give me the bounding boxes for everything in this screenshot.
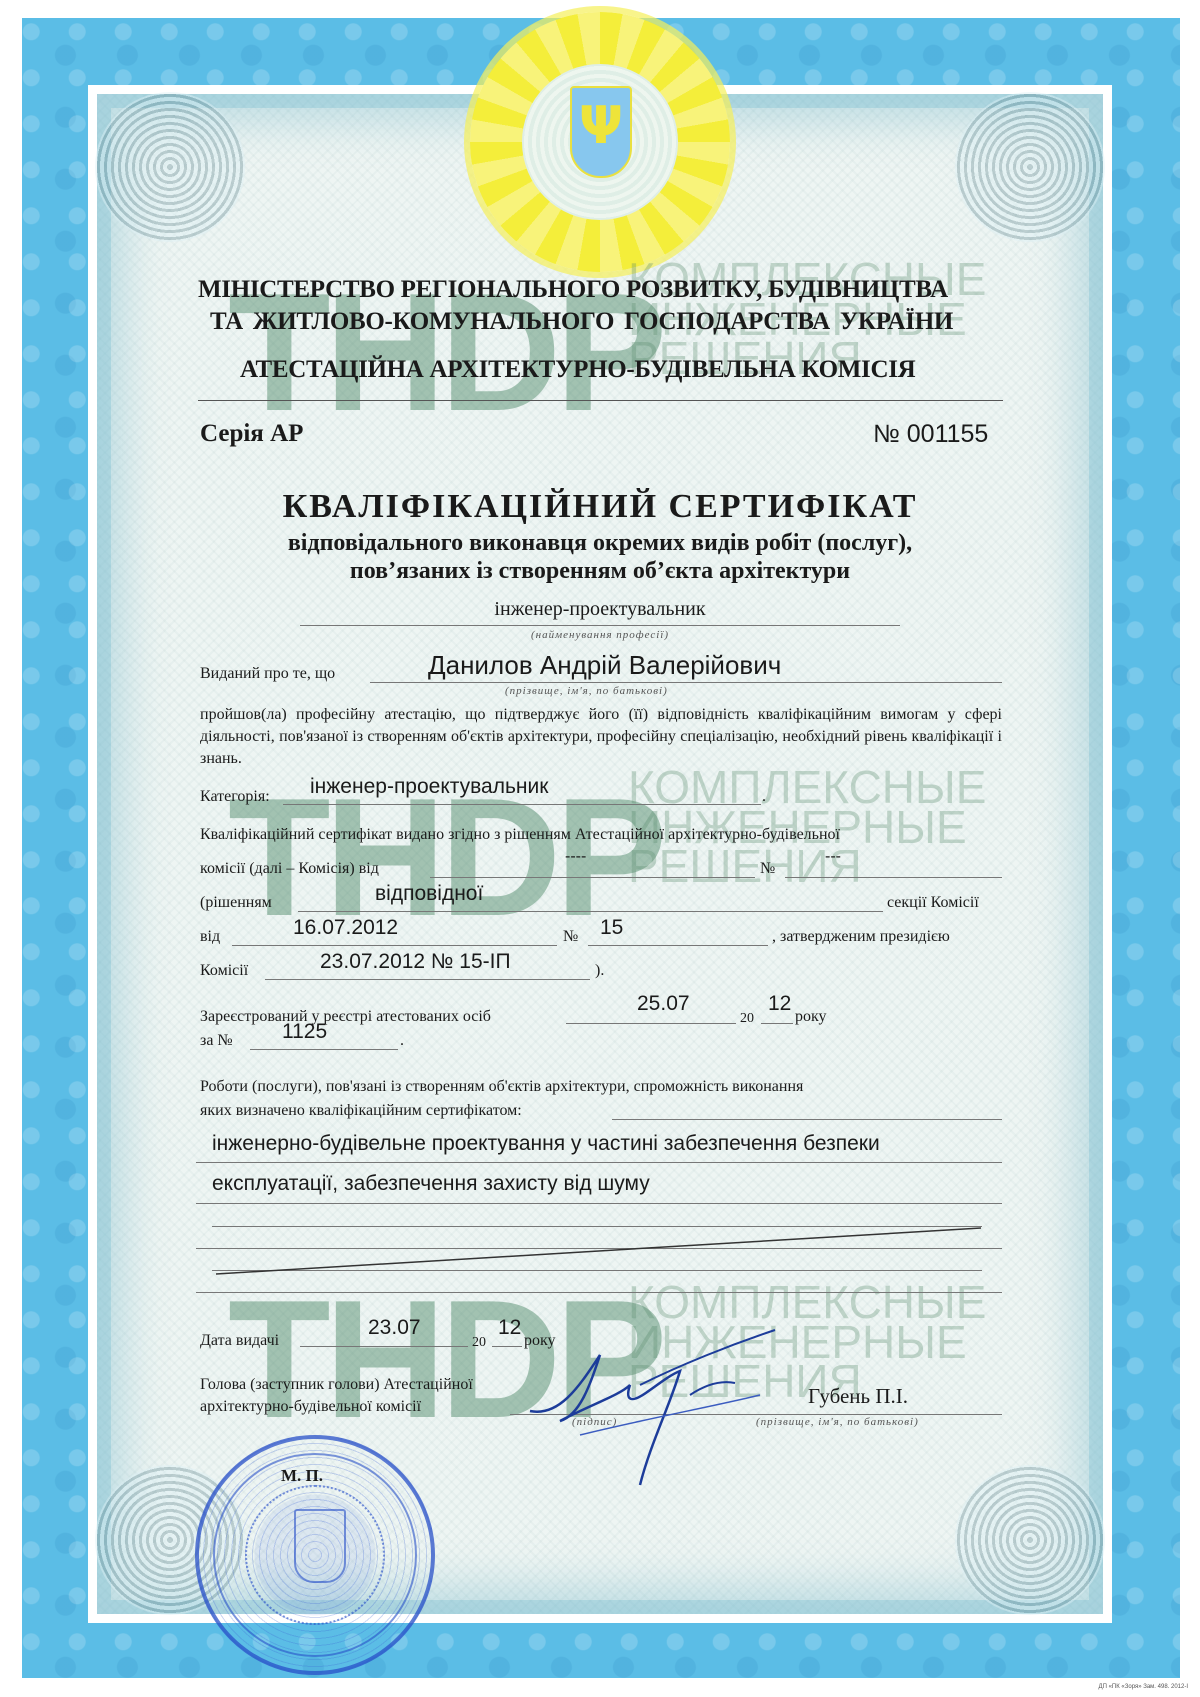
presidium-decision: 23.07.2012 № 15-ІП [320,950,511,974]
commission-title: АТЕСТАЦІЙНА АРХІТЕКТУРНО-БУДІВЕЛЬНА КОМІ… [240,356,915,384]
decision-close: ). [595,962,604,980]
commission-no: --- [825,848,841,866]
strike-through-z-line [196,1220,1006,1280]
certificate-subtitle-1: відповідального виконавця окремих видів … [0,530,1200,557]
registry-date: 25.07 [637,992,690,1016]
holder-name: Данилов Андрій Валерійович [428,650,781,681]
signatory-role-2: архітектурно-будівельної комісії [200,1398,421,1416]
attestation-statement: пройшов(ла) професійну атестацію, що під… [200,704,1002,770]
registry-year: 12 [768,992,791,1016]
profession-value: інженер-проектувальник [0,598,1200,621]
issue-year-prefix: 20 [472,1335,486,1351]
section-no-label: № [563,928,578,946]
issue-date: 23.07 [368,1316,421,1340]
category-label: Категорія: [200,788,270,806]
registry-label: Зареєстрований у реєстрі атестованих осі… [200,1008,491,1026]
profession-hint: (найменування професії) [0,629,1200,641]
presidium-rule [265,979,590,980]
section-no-rule [588,945,768,946]
printer-imprint: ДП «ПК «Зоря» Зам. 498. 2012-І [1099,1684,1188,1690]
certificate-subtitle-2: пов’язаних із створенням об’єкта архітек… [0,558,1200,585]
ministry-line-2: ТА ЖИТЛОВО-КОМУНАЛЬНОГО ГОСПОДАРСТВА УКР… [210,308,953,336]
stamp-place-label: М. П. [281,1466,323,1486]
guilloche-corner-top-right [955,92,1105,242]
section-open: (рішенням [200,894,272,912]
signature-icon [520,1325,840,1495]
works-intro-rule [612,1119,1002,1120]
registry-year-label: року [795,1008,827,1026]
commission-date-rule [430,877,755,878]
works-rule-2 [196,1203,1002,1204]
commission-no-label: № [760,860,775,878]
section-label: секції Комісії [887,894,979,912]
works-line-2: експлуатації, забезпечення захисту від ш… [212,1172,650,1196]
works-intro-1: Роботи (послуги), пов'язані із створення… [200,1078,803,1096]
certificate-number: № 001155 [873,420,988,449]
header-rule [198,400,1003,401]
emblem-rosette: Ψ [470,12,730,272]
issued-to-label: Виданий про те, що [200,665,335,683]
trident-icon: Ψ [572,96,630,156]
profession-rule [300,625,900,626]
certificate-title: КВАЛІФІКАЦІЙНИЙ СЕРТИФІКАТ [0,488,1200,526]
series-label: Серія АР [200,420,303,448]
works-intro-2: яких визначено кваліфікаційним сертифіка… [200,1102,522,1120]
registry-no-rule [250,1049,398,1050]
works-rule-1 [196,1162,1002,1163]
issue-date-label: Дата видачі [200,1332,279,1350]
holder-hint: (прізвище, ім'я, по батькові) [505,685,668,697]
rosette-center: Ψ [522,64,678,220]
registry-no: 1125 [282,1020,327,1044]
decision-line-2-label: комісії (далі – Комісія) від [200,860,379,878]
category-value: інженер-проектувальник [310,775,548,799]
coat-of-arms-icon: Ψ [570,86,632,178]
ministry-line-1: МІНІСТЕРСТВО РЕГІОНАЛЬНОГО РОЗВИТКУ, БУД… [198,276,948,304]
approved-label: , затвердженим президією [772,928,950,946]
category-rule [283,804,761,805]
commission-no-rule [785,877,1002,878]
section-date-label: від [200,928,220,946]
works-line-1: інженерно-будівельне проектування у част… [212,1132,880,1156]
section-no: 15 [600,916,623,940]
issue-date-rule [300,1346,468,1347]
section-date: 16.07.2012 [293,916,398,940]
registry-year-prefix: 20 [740,1011,754,1027]
registry-date-rule [566,1023,736,1024]
registry-year-rule [761,1023,793,1024]
works-rule-6 [196,1292,1002,1293]
issue-year: 12 [498,1316,521,1340]
stamp-coat-of-arms-icon [294,1509,346,1583]
presidium-label: Комісії [200,962,248,980]
holder-rule [370,682,1002,683]
section-value: відповідної [375,882,483,906]
registry-end: . [400,1032,404,1050]
section-date-rule [232,945,557,946]
signatory-role-1: Голова (заступник голови) Атестаційної [200,1376,473,1394]
commission-date: ---- [565,848,586,866]
registry-no-label: за № [200,1032,233,1050]
decision-line-1: Кваліфікаційний сертифікат видано згідно… [200,826,840,844]
section-rule [298,911,883,912]
guilloche-corner-bottom-right [955,1465,1105,1615]
category-period: . [762,788,766,806]
guilloche-corner-top-left [95,92,245,242]
issue-year-rule [492,1346,522,1347]
